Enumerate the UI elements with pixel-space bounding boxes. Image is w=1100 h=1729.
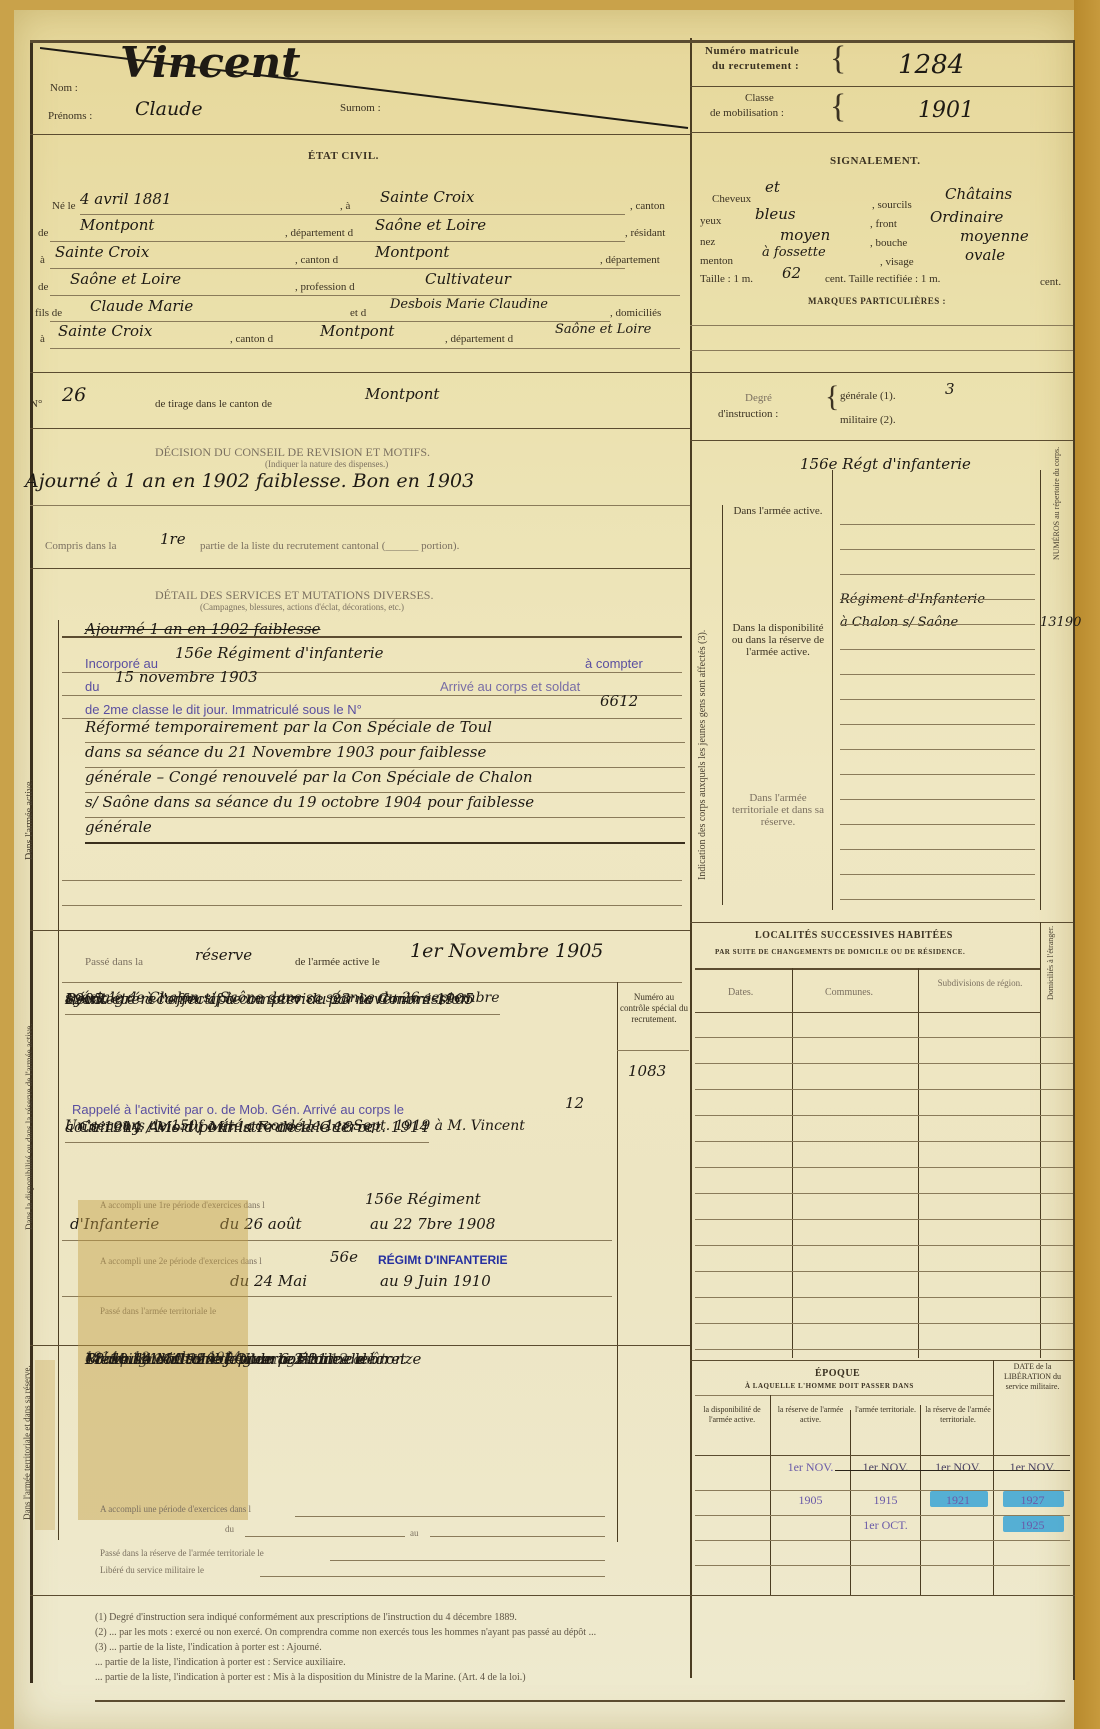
epoque-column-header: l'armée territoriale. [852,1405,919,1415]
column-divider [690,38,692,1678]
decision-subtitle: (Indiquer la nature des dispenses.) [265,459,388,469]
corps-dispo-label: Dans la disponibilité ou dans la réserve… [728,622,828,658]
menton-label: menton [700,255,733,267]
yeux-label: yeux [700,215,721,227]
epoque-value: 1905 [772,1493,849,1508]
canton-label: , canton [630,200,665,212]
residant-label: , résidant [625,227,665,239]
passe-reserve-territoriale-label: Passé dans la réserve de l'armée territo… [100,1548,264,1558]
lieu-naissance: Sainte Croix [380,188,474,206]
cheveux-label: Cheveux [712,193,751,205]
tirage-no-label: N° [30,398,42,410]
service-line: Réformé temporairement par la Con Spécia… [85,718,685,743]
rule [62,880,682,881]
compris-partie: 1re [160,530,186,548]
profession-value: Cultivateur [425,270,511,288]
epoque-column-header: DATE de la LIBÉRATION du service militai… [995,1362,1070,1392]
periode1-regiment: 156e Régiment [365,1190,481,1208]
corps-dispo-numero: 13190 [1040,615,1081,630]
rule [695,1565,1070,1566]
compris-label: Compris dans la [45,540,117,552]
rule [1040,470,1041,910]
nez-label: nez [700,236,715,248]
rule [690,1360,1073,1361]
rule [832,470,833,910]
surnom-label: Surnom : [340,102,381,114]
rule [695,1455,1070,1456]
sourcils-value: Châtains [945,185,1012,203]
epoque-value: 1er NOV. [995,1460,1070,1475]
domicile-value: Sainte Croix [58,322,152,340]
rule [30,568,690,569]
periode1-au: au 22 7bre 1908 [370,1215,495,1233]
rule [30,930,690,931]
side-label-active: Dans l'armée active. [24,779,35,860]
taille-value: 62 [782,264,801,282]
prenoms-value: Claude [135,98,203,120]
immatricule-no: 6612 [600,692,638,710]
departement-value: Saône et Loire [375,216,486,234]
rule [695,1395,993,1396]
nom-label: Nom : [50,82,78,94]
instruction-generale: 3 [945,380,955,398]
epoque-value: 1er NOV. [772,1460,849,1475]
ne-date: 4 avril 1881 [80,190,171,208]
rule [30,1595,1075,1596]
localites-subtitle: PAR SUITE DE CHANGEMENTS DE DOMICILE OU … [715,948,965,956]
arrive-stamp: Arrivé au corps et soldat [440,679,580,694]
decision-title: DÉCISION DU CONSEIL DE REVISION ET MOTIF… [155,445,430,460]
paper-edge [1074,0,1100,1729]
rule [993,1360,994,1595]
numero-controle-label: Numéro au contrôle spécial du recrutemen… [620,992,688,1025]
epoque-value: 1er OCT. [852,1518,919,1533]
rule [62,636,682,638]
classe-value: 1901 [918,98,974,123]
rule [695,1490,1070,1491]
departement-label: , département d [285,227,353,239]
profession-label: , profession d [295,281,355,293]
ne-label: Né le [52,200,76,212]
rappele-day: 12 [565,1094,584,1112]
header-bottom-rule [30,134,690,135]
tirage-label: de tirage dans le canton de [155,398,272,410]
rule [690,372,1073,373]
canton-value: Montpont [80,216,154,234]
a-label: à [40,254,45,266]
numero-controle: 1083 [628,1062,666,1080]
menton-value: à fossette [762,245,826,260]
rule [695,1515,1070,1516]
periode2-stamp: RÉGIMt D'INFANTERIE [378,1253,508,1267]
side-label-dispo: Dans la disponibilité ou dans la réserve… [24,1023,34,1230]
service-line: s/ Saône dans sa séance du 19 octobre 19… [85,793,685,818]
epoque-subtitle: À LAQUELLE L'HOMME DOIT PASSER DANS [745,1382,914,1390]
footnote: (2) ... par les mots : exercé ou non exe… [95,1627,1065,1642]
localites-title: LOCALITÉS SUCCESSIVES HABITÉES [755,930,953,941]
footnote: ... partie de la liste, l'indication à p… [95,1657,1065,1672]
footnotes: (1) Degré d'instruction sera indiqué con… [95,1612,1065,1687]
side-label-territoriale: Dans l'armée territoriale et dans sa rés… [22,1365,32,1520]
reintegre-line: spéciale de Chalon s/ Saône dans sa séan… [65,990,500,1015]
a-label: , à [340,200,350,212]
rule [722,505,723,905]
yeux-value: bleus [755,205,796,223]
services-side-rule [58,620,59,1540]
signalement-title: SIGNALEMENT. [830,155,920,167]
rule [95,1700,1065,1702]
au-label: au [410,1528,419,1538]
rule [690,325,1073,326]
classe-rule [690,132,1073,133]
service-line: générale – Congé renouvelé par la Con Sp… [85,768,685,793]
rule [330,1560,605,1561]
residence-value: Sainte Croix [55,243,149,261]
strike-line [835,1470,1070,1471]
corps-active-label: Dans l'armée active. [728,505,828,517]
passe-label: Passé dans la [85,956,143,968]
tirage-canton: Montpont [365,385,439,403]
rule [695,968,1040,970]
bouche-value: moyenne [960,227,1029,245]
rule [50,241,625,242]
du-stamp: du [85,679,99,694]
rule [62,905,682,906]
rule [260,1576,605,1577]
rule [50,268,625,269]
rule [80,214,625,215]
front-value: Ordinaire [930,208,1003,226]
localites-col-communes: Communes. [825,987,873,998]
rule [430,1536,605,1537]
taille-label: Taille : 1 m. [700,273,753,285]
epoque-value: 1er NOV. [852,1460,919,1475]
epoque-value: 1915 [852,1493,919,1508]
incorpore-date: 15 novembre 1903 [115,668,258,686]
rule [690,440,1073,441]
departement-label: , département [600,254,660,266]
corps-territoriale-label: Dans l'armée territoriale et dans sa rés… [728,792,828,828]
a-label: à [40,333,45,345]
epoque-column-header: la réserve de l'armée active. [772,1405,849,1425]
corps-side-label: Indication des corps auxquels les jeunes… [697,630,708,880]
decision-text: Ajourné à 1 an en 1902 faiblesse. Bon en… [25,470,474,492]
front-label: , front [870,218,897,230]
instruction-militaire-label: militaire (2). [840,414,896,426]
periode2-au: au 9 Juin 1910 [380,1272,491,1290]
departement2-value: Saône et Loire [70,270,181,288]
instruction-label-2: d'instruction : [718,408,778,420]
epoque-value: 1er NOV. [922,1460,994,1475]
periode3-label: A accompli une période d'exercices dans … [100,1504,251,1514]
repair-tape [35,1360,55,1530]
service-line: générale [85,818,685,844]
passe-date: 1er Novembre 1905 [410,940,603,962]
canton-label: , canton d [230,333,273,345]
rule [617,1050,689,1051]
localites-col-dates: Dates. [728,987,753,998]
matricule-rule [690,86,1073,87]
campagne-line: 18.10.14. – Croix de guerre étoile de br… [85,1350,421,1372]
domicilies-label: , domiciliés [610,307,661,319]
rule [690,350,1073,351]
rule [245,1536,405,1537]
a-compter-stamp: à compter [585,656,643,671]
mere-value: Desbois Marie Claudine [390,297,548,312]
nom-value: Vincent [120,38,301,87]
epoque-column-header: la réserve de l'armée territoriale. [922,1405,994,1425]
fils-label: fils de [35,307,62,319]
rule [30,372,690,373]
canton3-value: Montpont [320,322,394,340]
rule [50,295,680,296]
epoque-title: ÉPOQUE [815,1368,860,1379]
matricule-label: Numéro matricule [705,45,799,57]
rule [30,505,690,506]
classe-stamp: de 2me classe le dit jour. Immatriculé s… [85,702,362,717]
periode2-stamp-no: 56e [330,1248,358,1266]
instruction-generale-label: générale (1). [840,390,896,402]
matricule-value: 1284 [898,50,964,80]
pere-value: Claude Marie [90,297,193,315]
passe-value: réserve [195,946,252,964]
rule [62,982,682,983]
rule [920,1405,921,1595]
rule [850,1410,851,1595]
du-label: du [225,1524,234,1534]
de-label: de [38,281,48,293]
et-label: et d [350,307,366,319]
rule [62,695,682,696]
service-line: dans sa séance du 21 Novembre 1903 pour … [85,743,685,768]
footnote: (3) ... partie de la liste, l'indication… [95,1642,1065,1657]
services-title: DÉTAIL DES SERVICES ET MUTATIONS DIVERSE… [155,588,433,603]
classe-label: Classe [745,92,774,104]
footnote: (1) Degré d'instruction sera indiqué con… [95,1612,1065,1627]
rappele-stamp: Rappelé à l'activité par o. de Mob. Gén.… [72,1102,404,1117]
cent-label: cent. [1040,276,1061,288]
mort-line: Un secours de 150f a été accordé le 1er … [65,1118,525,1142]
localites-right-label: Domiciliés à l'étranger. [1046,926,1055,1000]
corps-rules [840,500,1035,900]
reintegre-line: 1905. [65,990,108,1015]
epoque-value: 1921 [922,1493,994,1508]
cheveux-value: et [765,178,780,196]
bouche-label: , bouche [870,237,907,249]
classe-label-2: de mobilisation : [710,107,784,119]
libere-label: Libéré du service militaire le [100,1565,204,1575]
de-label: de [38,227,48,239]
rule [690,922,1073,923]
footnote: ... partie de la liste, l'indication à p… [95,1672,1065,1687]
canton2-value: Montpont [375,243,449,261]
canton-label: , canton d [295,254,338,266]
departement-label: , département d [445,333,513,345]
compris-suffix: partie de la liste du recrutement canton… [200,540,459,552]
epoque-value: 1925 [995,1518,1070,1533]
corps-active-value: 156e Régt d'infanterie [800,455,971,473]
departement3-value: Saône et Loire [555,322,651,337]
corps-right-label: NUMÉROS au répertoire du corps. [1052,447,1061,560]
passe-suffix: de l'armée active le [295,956,380,968]
visage-label: , visage [880,256,914,268]
prenoms-label: Prénoms : [48,110,92,122]
instruction-label: Degré [745,392,772,404]
visage-value: ovale [965,246,1005,264]
rule [695,1540,1070,1541]
taille-rectifiee-label: cent. Taille rectifiée : 1 m. [825,273,940,285]
epoque-value: 1927 [995,1493,1070,1508]
right-border [1073,40,1075,1680]
rule [30,428,690,429]
sourcils-label: , sourcils [872,199,912,211]
rule [295,1516,605,1517]
rule [50,348,680,349]
services-subtitle: (Campagnes, blessures, actions d'éclat, … [200,602,404,612]
reforme-lines: Réformé temporairement par la Con Spécia… [85,718,685,844]
nez-value: moyen [780,226,830,244]
incorpore-regiment: 156e Régiment d'infanterie [175,644,384,662]
localites-rules [695,1012,1073,1350]
epoque-column-header: la disponibilité de l'armée active. [695,1405,769,1425]
matricule-label-2: du recrutement : [712,60,799,72]
numero-controle-divider [617,982,618,1542]
tirage-numero: 26 [62,384,86,406]
etat-civil-title: ÉTAT CIVIL. [308,150,379,162]
localites-col-subdivisions: Subdivisions de région. [930,978,1030,988]
marques-label: MARQUES PARTICULIÈRES : [808,296,946,306]
